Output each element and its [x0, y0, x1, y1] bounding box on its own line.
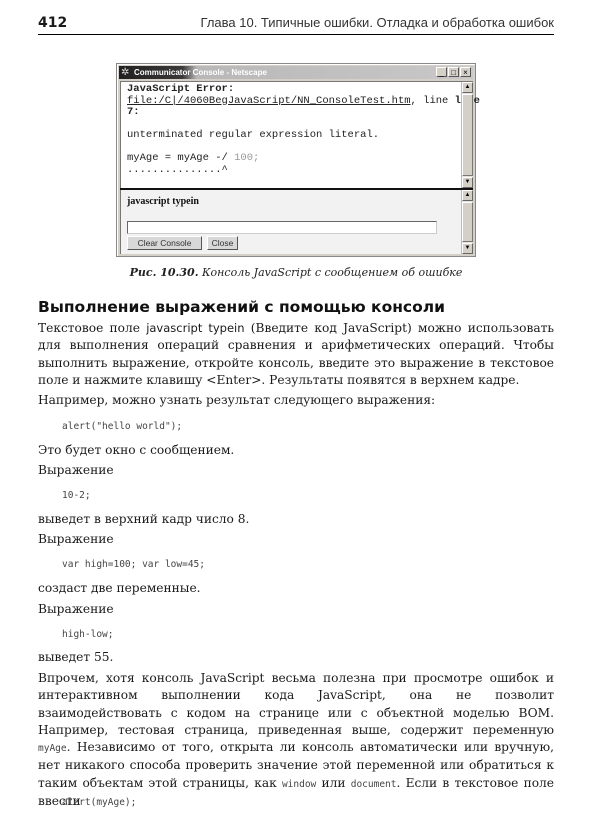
paragraph: Текстовое поле javascript typein (Введит…: [38, 320, 554, 389]
error-file-link[interactable]: file:/C|/4060BegJavaScript/NN_ConsoleTes…: [127, 95, 411, 107]
error-code-rest: 100;: [228, 152, 260, 164]
error-line-number: 7:: [127, 106, 140, 118]
scroll-down-icon[interactable]: ▼: [462, 243, 473, 254]
inline-code: window: [282, 779, 316, 790]
clear-console-button[interactable]: Clear Console: [127, 236, 202, 250]
typein-input[interactable]: [127, 221, 437, 234]
error-message: unterminated regular expression literal.: [127, 129, 379, 141]
console-window-screenshot: ✲ Communicator Console - Netscape _ □ × …: [116, 63, 476, 257]
paragraph: Выражение: [38, 531, 554, 548]
maximize-icon[interactable]: □: [448, 67, 459, 77]
text: или: [316, 776, 350, 790]
typein-frame: javascript typein Clear Console Close ▲ …: [120, 190, 473, 254]
paragraph: Выражение: [38, 601, 554, 618]
code-example: high-low;: [62, 629, 113, 640]
section-heading: Выполнение выражений с помощью консоли: [38, 298, 445, 316]
code-example: alert("hello world");: [62, 421, 182, 432]
paragraph: выведет в верхний кадр число 8.: [38, 511, 554, 528]
figure-number: Рис. 10.30.: [130, 266, 199, 279]
paragraph: Например, можно узнать результат следующ…: [38, 392, 554, 409]
window-titlebar: ✲ Communicator Console - Netscape _ □ ×: [119, 66, 473, 79]
text: Впрочем, хотя консоль JavaScript весьма …: [38, 671, 554, 737]
minimize-icon[interactable]: _: [436, 67, 447, 77]
close-button[interactable]: Close: [207, 236, 238, 250]
error-line-label: , line: [411, 95, 449, 107]
close-icon[interactable]: ×: [460, 67, 471, 77]
page-number: 412: [38, 14, 67, 32]
scroll-up-icon[interactable]: ▲: [462, 190, 473, 201]
typein-label: javascript typein: [127, 196, 199, 207]
console-output-frame: JavaScript Error: file:/C|/4060BegJavaSc…: [120, 81, 473, 189]
scroll-thumb[interactable]: [462, 94, 473, 176]
window-title: Communicator Console - Netscape: [134, 67, 267, 78]
code-example: alert(myAge);: [62, 797, 136, 808]
error-code-start: myAge = myAge -/: [127, 152, 228, 164]
term: javascript typein: [146, 321, 244, 335]
typein-scrollbar[interactable]: ▲ ▼: [461, 190, 473, 254]
console-output: JavaScript Error: file:/C|/4060BegJavaSc…: [127, 84, 452, 176]
paragraph: Впрочем, хотя консоль JavaScript весьма …: [38, 670, 554, 810]
text: Текстовое поле: [38, 321, 146, 335]
paragraph: создаст две переменные.: [38, 580, 554, 597]
paragraph: Это будет окно с сообщением.: [38, 442, 554, 459]
window-controls: _ □ ×: [436, 67, 471, 77]
error-pointer: ...............^: [127, 164, 228, 176]
code-example: var high=100; var low=45;: [62, 559, 205, 570]
figure-caption-text: Консоль JavaScript с сообщением об ошибк…: [199, 266, 463, 279]
error-label: JavaScript Error:: [127, 83, 234, 95]
figure-caption: Рис. 10.30. Консоль JavaScript с сообщен…: [0, 266, 592, 279]
scroll-down-icon[interactable]: ▼: [462, 177, 473, 188]
scroll-thumb[interactable]: [462, 202, 473, 242]
page-header: 412 Глава 10. Типичные ошибки. Отладка и…: [38, 14, 554, 35]
output-scrollbar[interactable]: ▲ ▼: [461, 82, 473, 188]
paragraph: выведет 55.: [38, 649, 554, 666]
running-head: Глава 10. Типичные ошибки. Отладка и обр…: [201, 15, 554, 31]
inline-code: myAge: [38, 743, 67, 754]
scroll-up-icon[interactable]: ▲: [462, 82, 473, 93]
paragraph: Выражение: [38, 462, 554, 479]
code-example: 10-2;: [62, 490, 91, 501]
inline-code: document: [351, 779, 397, 790]
netscape-logo-icon: ✲: [121, 67, 132, 78]
